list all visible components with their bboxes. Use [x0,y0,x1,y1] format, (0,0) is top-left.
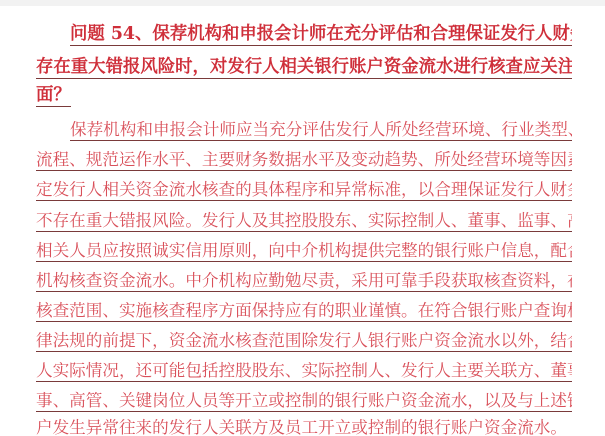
answer-line: 相关人员应按照诚实信用原则，向中介机构提供完整的银行账户信息，配合中介 [36,239,572,263]
answer-line: 流程、规范运作水平、主要财务数据水平及变动趋势、所处经营环境等因素，确 [36,148,572,172]
answer-line: 定发行人相关资金流水核查的具体程序和异常标准，以合理保证发行人财务报表 [36,178,572,202]
document-page: 问题 54、保荐机构和申报会计师在充分评估和合理保证发行人财务报表不 存在重大错… [0,0,605,436]
answer-line: 核查范围、实施核查程序方面保持应有的职业谨慎。在符合银行账户查询相关法 [36,299,572,323]
answer-line: 户发生异常往来的发行人关联方及员工开立或控制的银行账户资金流水。 [36,416,572,436]
top-border [0,0,605,6]
answer-line: 人实际情况，还可能包括控股股东、实际控制人、发行人主要关联方、董事、监 [36,359,572,383]
answer-line: 保荐机构和申报会计师应当充分评估发行人所处经营环境、行业类型、业务 [70,118,572,142]
answer-line: 机构核查资金流水。中介机构应勤勉尽责，采用可靠手段获取核查资料，在确定 [36,269,572,293]
answer-line: 不存在重大错报风险。发行人及其控股股东、实际控制人、董事、监事、高管等 [36,209,572,233]
answer-line: 律法规的前提下，资金流水核查范围除发行人银行账户资金流水以外，结合发行 [36,329,572,353]
answer-line: 事、高管、关键岗位人员等开立或控制的银行账户资金流水，以及与上述银行账 [36,389,572,413]
question-line: 存在重大错报风险时，对发行人相关银行账户资金流水进行核查应关注哪些方 [36,55,572,79]
question-line: 问题 54、保荐机构和申报会计师在充分评估和合理保证发行人财务报表不 [70,22,572,46]
question-line: 面？ [36,83,572,107]
